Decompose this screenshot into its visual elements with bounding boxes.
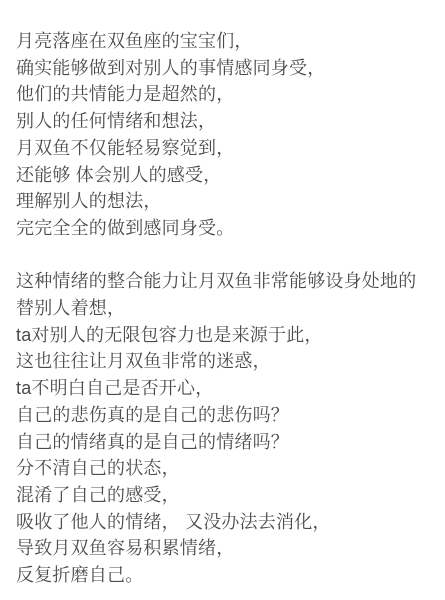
text-line: 月亮落座在双鱼座的宝宝们， xyxy=(16,28,433,55)
text-line: 这种情绪的整合能力让月双鱼非常能够设身处地的 xyxy=(16,268,433,295)
text-line: ta不明白自己是否开心， xyxy=(16,375,433,402)
text-line: 混淆了自己的感受， xyxy=(16,482,433,509)
text-line: 理解别人的想法， xyxy=(16,188,433,215)
text-line: 替别人着想， xyxy=(16,295,433,322)
text-line: ta对别人的无限包容力也是来源于此， xyxy=(16,322,433,349)
text-line: 他们的共情能力是超然的， xyxy=(16,81,433,108)
text-line: 自己的情绪真的是自己的情绪吗？ xyxy=(16,429,433,456)
document-body: 月亮落座在双鱼座的宝宝们， 确实能够做到对别人的事情感同身受， 他们的共情能力是… xyxy=(0,0,445,600)
text-line: 分不清自己的状态， xyxy=(16,455,433,482)
text-line: 完完全全的做到感同身受。 xyxy=(16,215,433,242)
text-line: 别人的任何情绪和想法， xyxy=(16,108,433,135)
text-line: 确实能够做到对别人的事情感同身受， xyxy=(16,55,433,82)
text-line: 这也往往让月双鱼非常的迷惑， xyxy=(16,348,433,375)
paragraph-empathy: 月亮落座在双鱼座的宝宝们， 确实能够做到对别人的事情感同身受， 他们的共情能力是… xyxy=(16,28,433,242)
text-line: 还能够 体会别人的感受， xyxy=(16,162,433,189)
text-line: 月双鱼不仅能轻易察觉到， xyxy=(16,135,433,162)
text-line: 自己的悲伤真的是自己的悲伤吗？ xyxy=(16,402,433,429)
text-line: 导致月双鱼容易积累情绪， xyxy=(16,535,433,562)
paragraph-confusion: 这种情绪的整合能力让月双鱼非常能够设身处地的 替别人着想， ta对别人的无限包容… xyxy=(16,268,433,588)
text-line: 反复折磨自己。 xyxy=(16,562,433,589)
text-line: 吸收了他人的情绪， 又没办法去消化， xyxy=(16,509,433,536)
